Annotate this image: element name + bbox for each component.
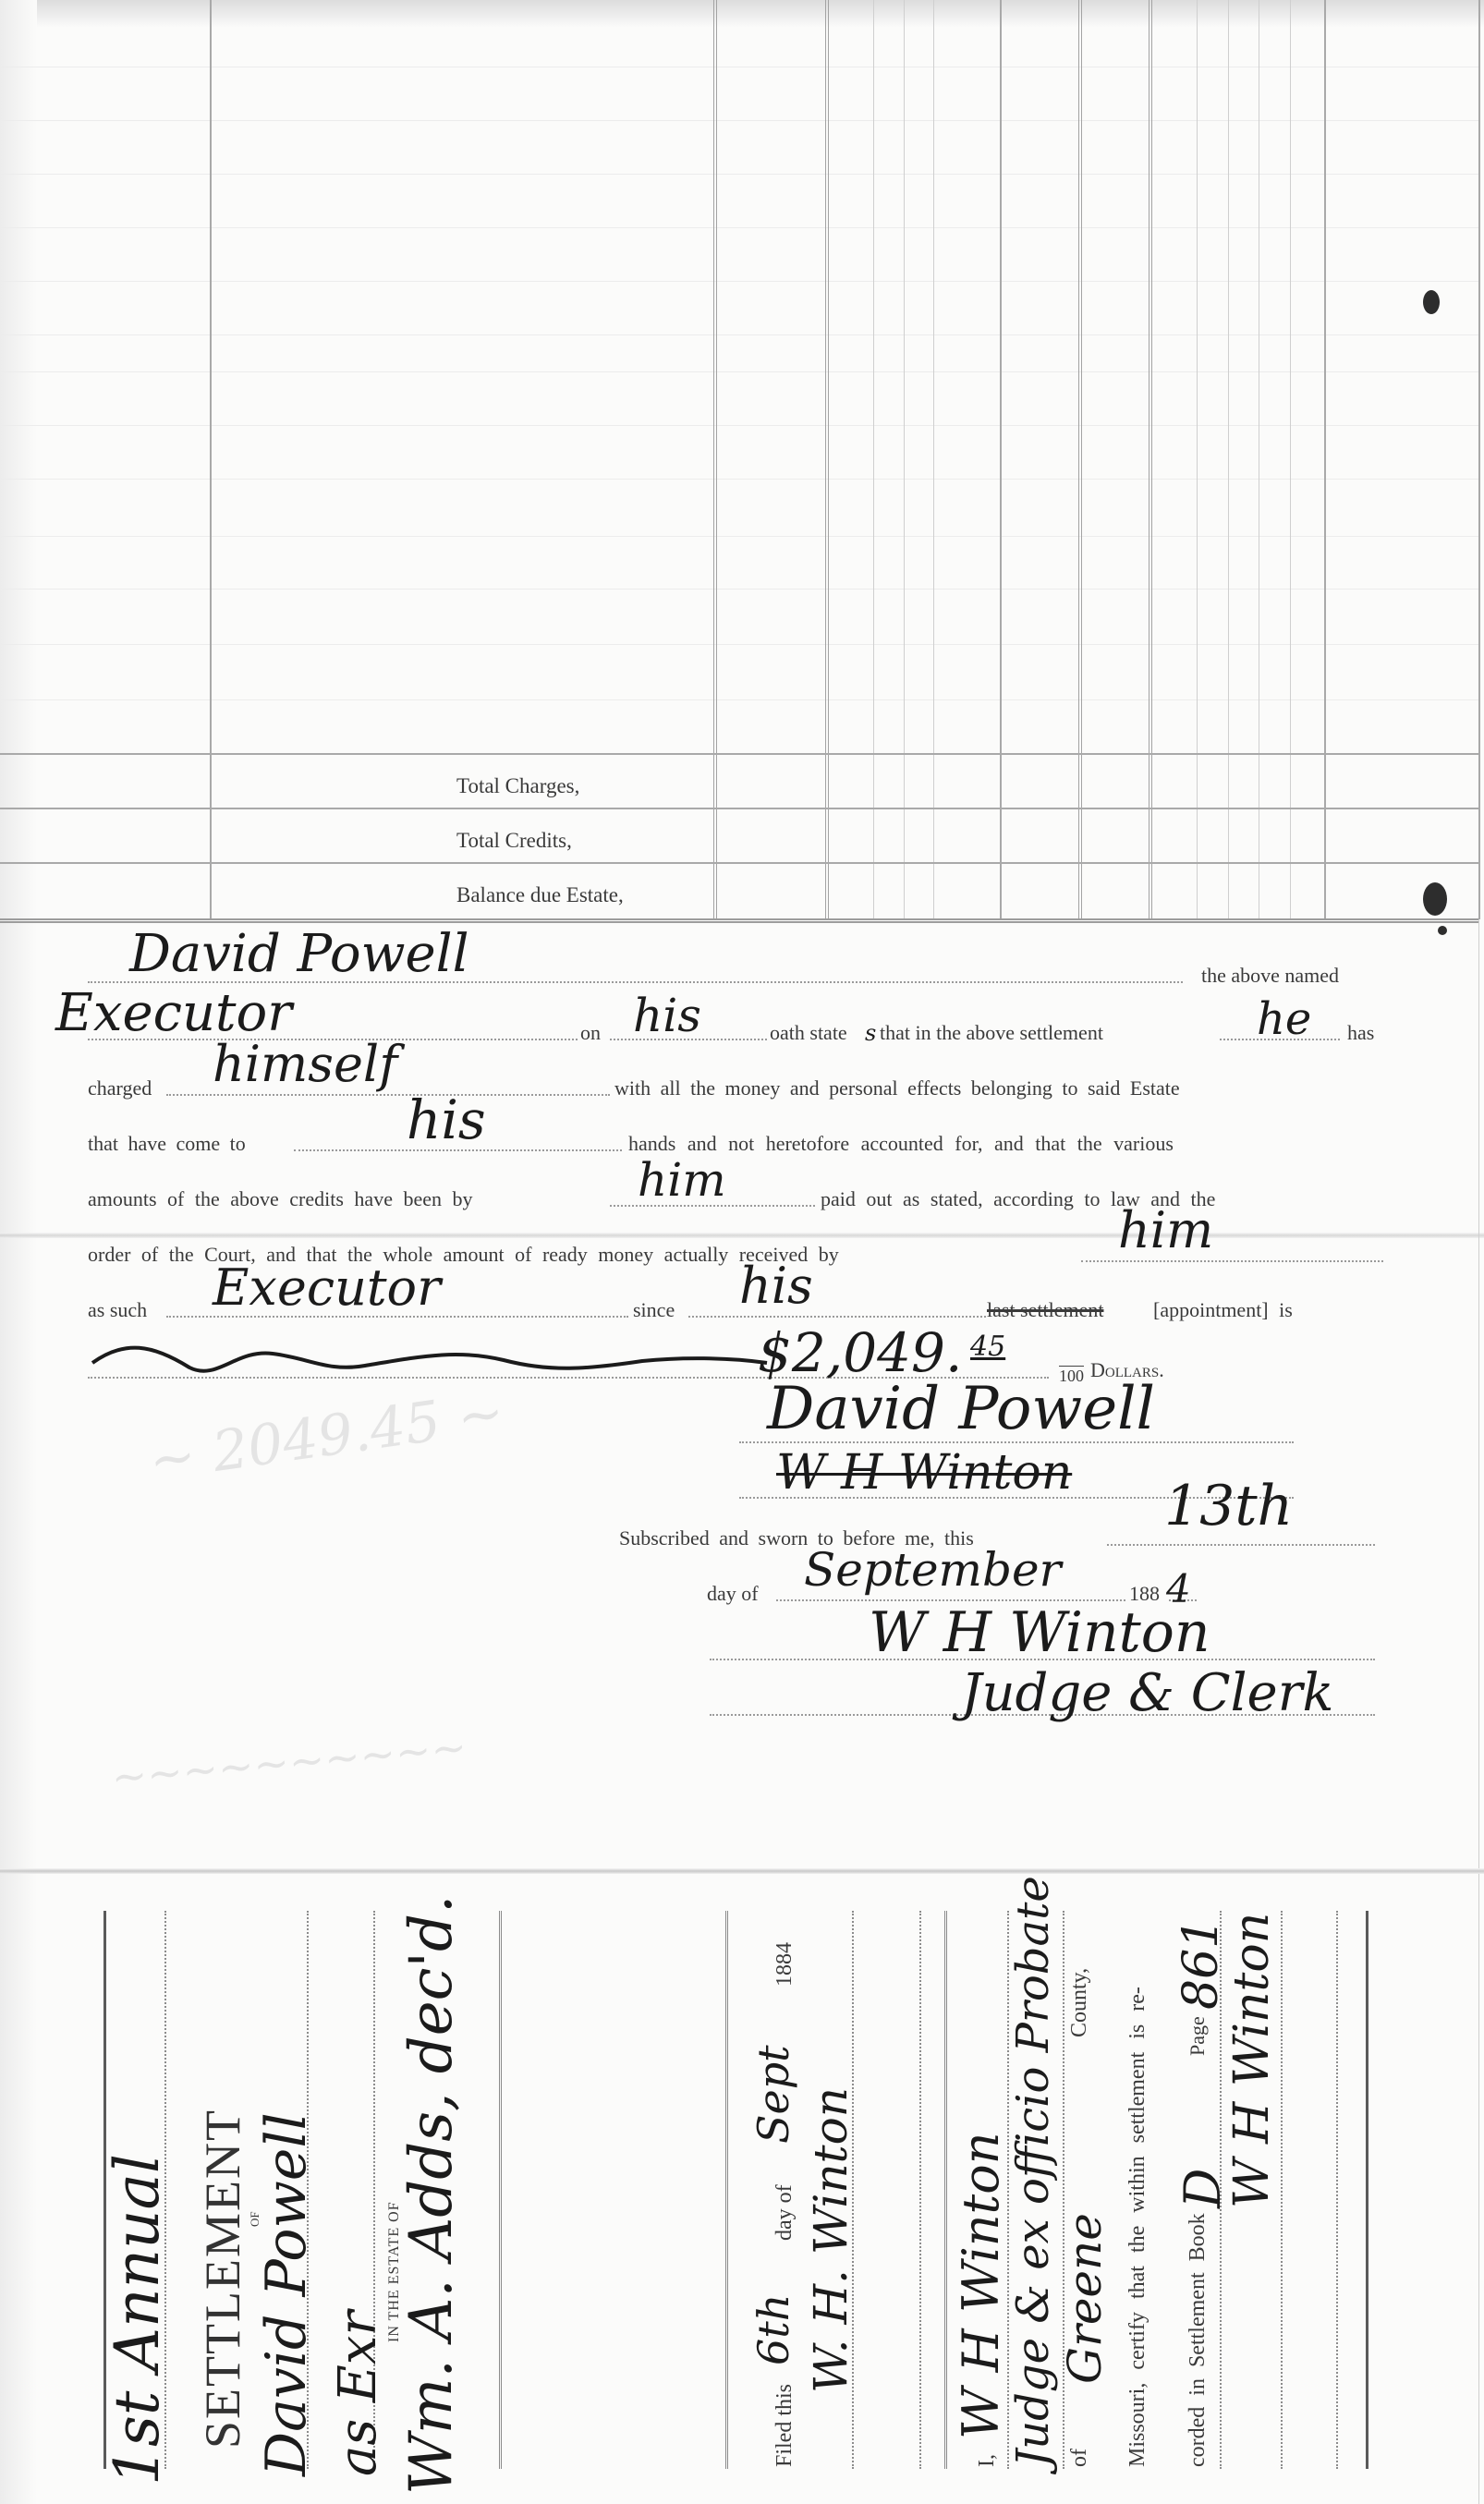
total-charges-label: Total Charges, [456,774,579,798]
him-handwritten: him [638,1153,726,1207]
judge-title-handwritten: Judge & Clerk [961,1663,1333,1723]
ink-blot [1423,882,1447,916]
certifier-name-handwritten: W H Winton [952,2132,1010,2439]
certify-recorded: corded in Settlement Book [1186,2213,1210,2467]
oath-text: since [633,1298,675,1322]
book-handwritten: D [1174,2169,1232,2208]
oath-text: that in the above settlement [880,1021,1103,1045]
page-edge [1478,919,1479,2504]
filed-year: 1884 [772,1942,797,1987]
executor-name-handwritten: David Powell [129,924,469,984]
county-handwritten: Greene [1058,2213,1112,2384]
ink-blot [1438,926,1447,935]
oath-text: that have come to [88,1132,246,1156]
filed-signer-handwritten: W. H. Winton [804,2087,858,2393]
himself-handwritten: himself [213,1035,397,1093]
docket-title: SETTLEMENT [194,2109,251,2449]
oath-text: amounts of the above credits have been b… [88,1187,472,1211]
bleed-through-text: ~~~~~~~~~~ [109,1721,468,1802]
page-label: Page [1186,2016,1210,2056]
oath-text: oath state [770,1021,847,1045]
recorder-signature: W H Winton [1224,1913,1280,2208]
filed-month-handwritten: Sept [748,2045,798,2144]
line-filler-squiggle [88,1331,772,1377]
oath-text: [appointment] is [1153,1298,1293,1322]
struck-text-last-settlement: last settlement [987,1298,1103,1322]
ink-blot [1423,290,1440,314]
oath-text: order of the Court, and that the whole a… [88,1243,839,1267]
his-handwritten: his [407,1088,486,1151]
decedent-handwritten: Wm. A. Adds, dec'd. [397,1895,466,2495]
fold-crease [0,1868,1484,1874]
executor-signature: David Powell [767,1375,1155,1443]
pronoun-handwritten: his [633,989,701,1042]
fold-crease [0,1233,1484,1238]
certify-text: Missouri, certify that the within settle… [1125,1987,1150,2467]
jurat-text: day of [707,1582,759,1606]
day-handwritten: 13th [1164,1474,1293,1538]
filed-day-handwritten: 6th [748,2294,798,2365]
page-number-handwritten: 861 [1174,1918,1229,2010]
county-label: County, [1067,1968,1092,2037]
judge-signature: W H Winton [869,1600,1210,1665]
bleed-through-text: ~ 2049.45 ~ [145,1380,508,1493]
handwritten-s: s [865,1020,876,1046]
cents-handwritten: 45 [970,1331,1005,1363]
month-handwritten: September [804,1543,1061,1597]
page-shadow-left [0,0,37,2504]
he-handwritten: he [1257,993,1311,1045]
balance-due-label: Balance due Estate, [456,883,624,907]
total-credits-label: Total Credits, [456,829,572,853]
filed-label: Filed this [772,2384,797,2467]
him-handwritten: him [1118,1201,1213,1259]
his-handwritten: his [739,1257,813,1315]
settlor-name-handwritten: David Powell [254,2112,319,2476]
filed-day-of: day of [772,2184,797,2241]
struck-signature: W H Winton [776,1445,1072,1501]
page-shadow-top [0,0,1484,28]
oath-text: has [1347,1021,1374,1045]
certify-i: I, [975,2454,1000,2467]
role-handwritten: Executor [213,1258,441,1317]
capacity-handwritten: as Exr [328,2311,388,2476]
oath-text: the above named [1201,964,1339,988]
oath-text: as such [88,1298,147,1322]
settlement-kind-handwritten: 1st Annual [102,2154,173,2486]
oath-text: on [580,1021,601,1045]
certify-of: of [1067,2449,1092,2467]
oath-text: charged [88,1076,152,1100]
oath-text: with all the money and personal effects … [614,1076,1180,1100]
certifier-title-handwritten: Judge & ex officio Probate [1007,1876,1059,2467]
